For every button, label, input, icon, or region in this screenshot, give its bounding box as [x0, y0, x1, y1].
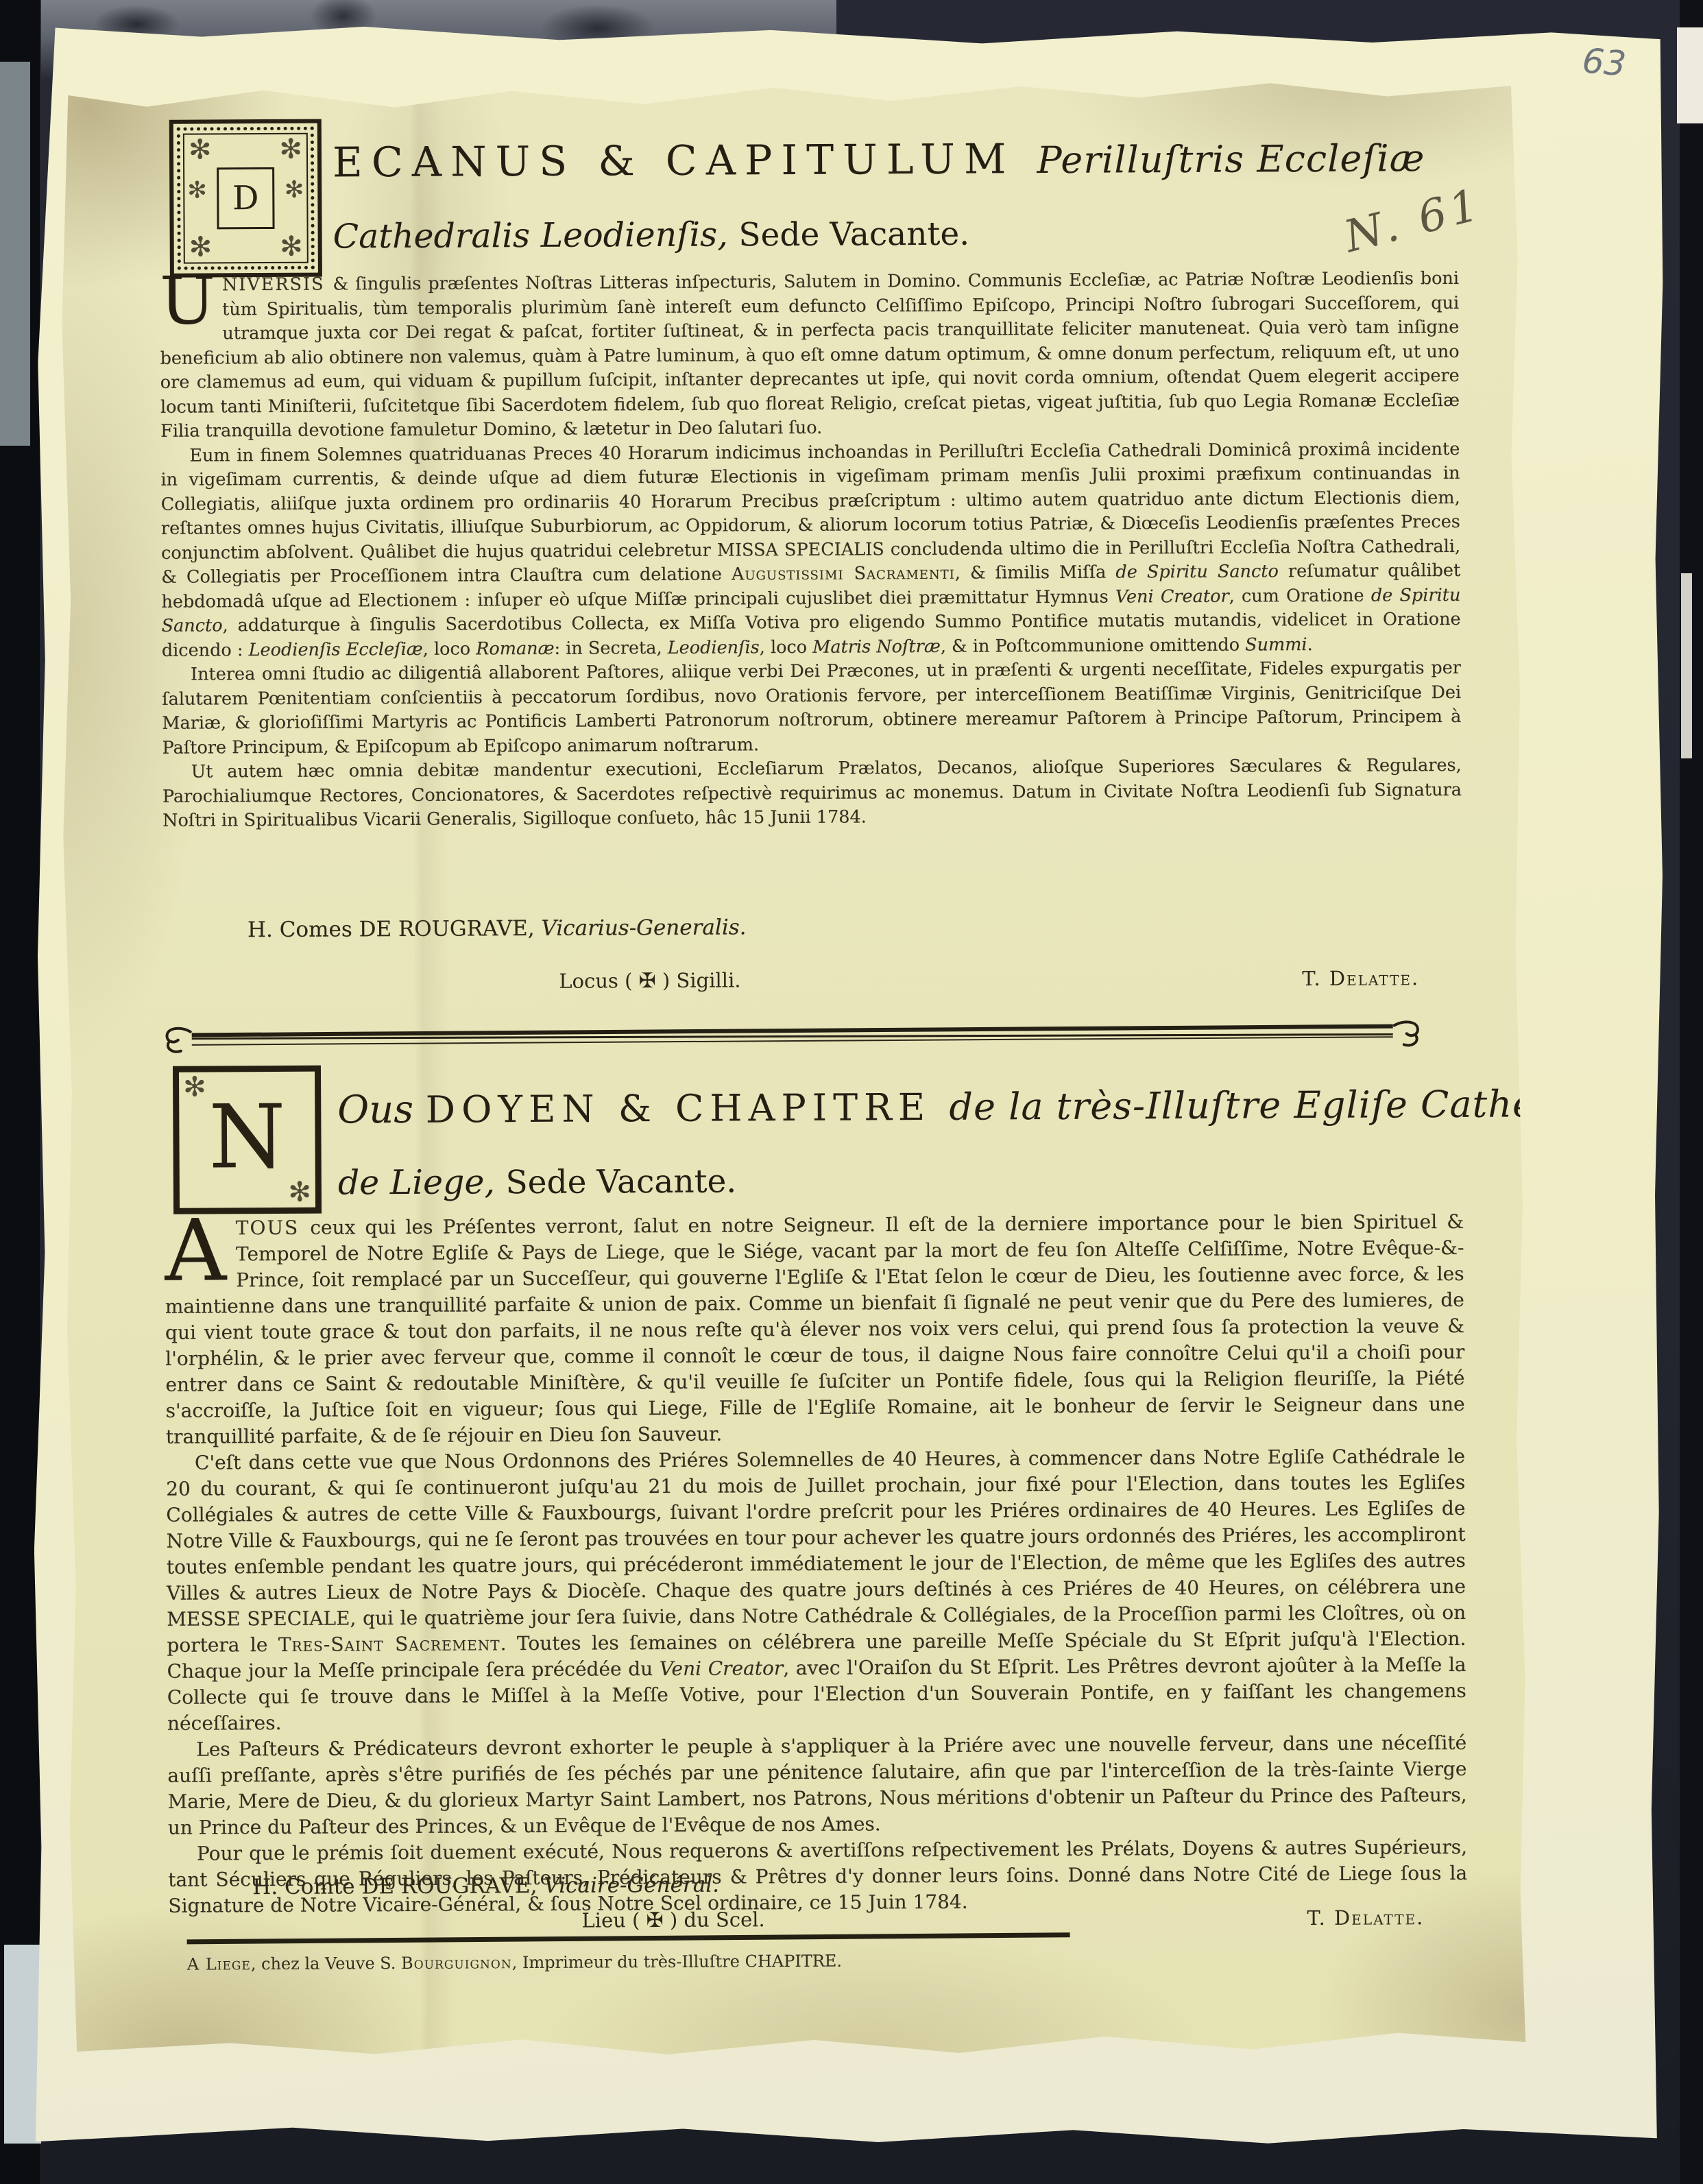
french-paragraph-1: ATOUS ceux qui les Préſentes verront, ſa… [165, 1209, 1465, 1450]
latin-title: ECANUS & CAPITULUM Perilluſtris Eccleſiæ… [333, 123, 1471, 274]
french-header: ✻ ✻ N Ous DOYEN & CHAPITRE de la très-Il… [64, 1055, 1524, 1220]
french-countersign: T. Delatte. [1307, 1906, 1424, 1930]
backdrop-blue-patch-top [0, 62, 30, 446]
backdrop-blue-patch-bottom [4, 1945, 41, 2144]
maltese-cross-icon: ✠ [639, 969, 656, 993]
french-signature-role: Vicaire-Général. [544, 1873, 719, 1898]
latin-signature: H. Comes DE ROUGRAVE, Vicarius-Generalis… [247, 915, 747, 942]
latin-countersign: T. Delatte. [1302, 966, 1419, 990]
backdrop-white-sliver [1681, 573, 1692, 758]
floret-icon: ✻ [189, 233, 213, 261]
latin-seal-line: Locus ( ✠ ) Sigilli. [559, 968, 740, 993]
floret-icon: ✻ [279, 136, 302, 163]
latin-paragraph-4: Ut autem hæc omnia debitæ mandentur exec… [162, 754, 1462, 833]
latin-signature-role: Vicarius-Generalis. [541, 915, 746, 941]
floret-icon: ✻ [189, 136, 212, 163]
divider-flourish-left-icon [163, 1025, 193, 1055]
divider-flourish-right-icon [1392, 1018, 1422, 1048]
latin-title-line1: ECANUS & CAPITULUM Perilluſtris Eccleſiæ [333, 123, 1471, 208]
initial-n-letter: N [208, 1094, 286, 1182]
backdrop-right-strip [1680, 0, 1703, 2184]
divider-rules [192, 1025, 1393, 1044]
maltese-cross-icon: ✠ [647, 1908, 664, 1932]
latin-paragraph-1: UNIVERSIS & ſingulis præſentes Noſtras L… [160, 267, 1460, 444]
scan-stage: 63 N. 61 ✻ ✻ ✻ ✻ ✻ ✻ D [0, 0, 1703, 2184]
drop-cap-a: A [165, 1215, 236, 1283]
pencil-catalogue-number: 63 [1581, 40, 1628, 84]
imprint-line: A Liege, chez la Veuve S. Bourguignon, I… [187, 1952, 842, 1974]
floret-icon: ✻ [285, 178, 304, 202]
french-paragraph-2: C'eſt dans cette vue que Nous Ordonnons … [166, 1443, 1466, 1737]
french-signature: H. Comte DE ROUGRAVE, Vicaire-Général. [252, 1873, 719, 1900]
french-seal-line: Lieu ( ✠ ) du Scel. [581, 1908, 764, 1932]
floret-icon: ✻ [183, 1073, 206, 1101]
floret-icon: ✻ [288, 1179, 311, 1206]
initial-d-letter: D [217, 167, 274, 229]
document-sheet: N. 61 ✻ ✻ ✻ ✻ ✻ ✻ D [59, 80, 1528, 2059]
initial-d-woodcut: ✻ ✻ ✻ ✻ ✻ ✻ D [169, 119, 322, 278]
floret-icon: ✻ [280, 233, 303, 261]
latin-paragraph-3: Interea omni ſtudio ac diligentiâ allabo… [162, 656, 1462, 760]
french-title: Ous DOYEN & CHAPITRE de la très-Illuſtre… [337, 1070, 1476, 1221]
initial-d-dotted-border: ✻ ✻ ✻ ✻ ✻ ✻ D [177, 127, 315, 270]
french-title-line1: Ous DOYEN & CHAPITRE de la très-Illuſtre… [337, 1070, 1476, 1154]
latin-body: UNIVERSIS & ſingulis præſentes Noſtras L… [160, 267, 1462, 833]
latin-title-line2: Cathedralis Leodienſis, Sede Vacante. [333, 202, 1471, 274]
latin-header: ✻ ✻ ✻ ✻ ✻ ✻ D ECANUS & CAPITULUM Perillu… [60, 112, 1519, 278]
backdrop-white-chunk [1677, 27, 1703, 123]
document-content: N. 61 ✻ ✻ ✻ ✻ ✻ ✻ D [59, 80, 1528, 2059]
floret-icon: ✻ [187, 178, 207, 202]
initial-n-woodcut: ✻ ✻ N [173, 1066, 322, 1214]
drop-cap-u: U [160, 273, 222, 325]
french-body: ATOUS ceux qui les Préſentes verront, ſa… [165, 1209, 1467, 1919]
latin-paragraph-2: Eum in finem Solemnes quatriduanas Prece… [160, 437, 1461, 662]
french-paragraph-3: Les Paſteurs & Prédicateurs devront exho… [167, 1730, 1467, 1841]
imprint-rule [187, 1932, 1070, 1944]
section-divider [167, 1021, 1418, 1055]
initial-d-floral-frame: ✻ ✻ ✻ ✻ ✻ ✻ D [183, 133, 309, 264]
